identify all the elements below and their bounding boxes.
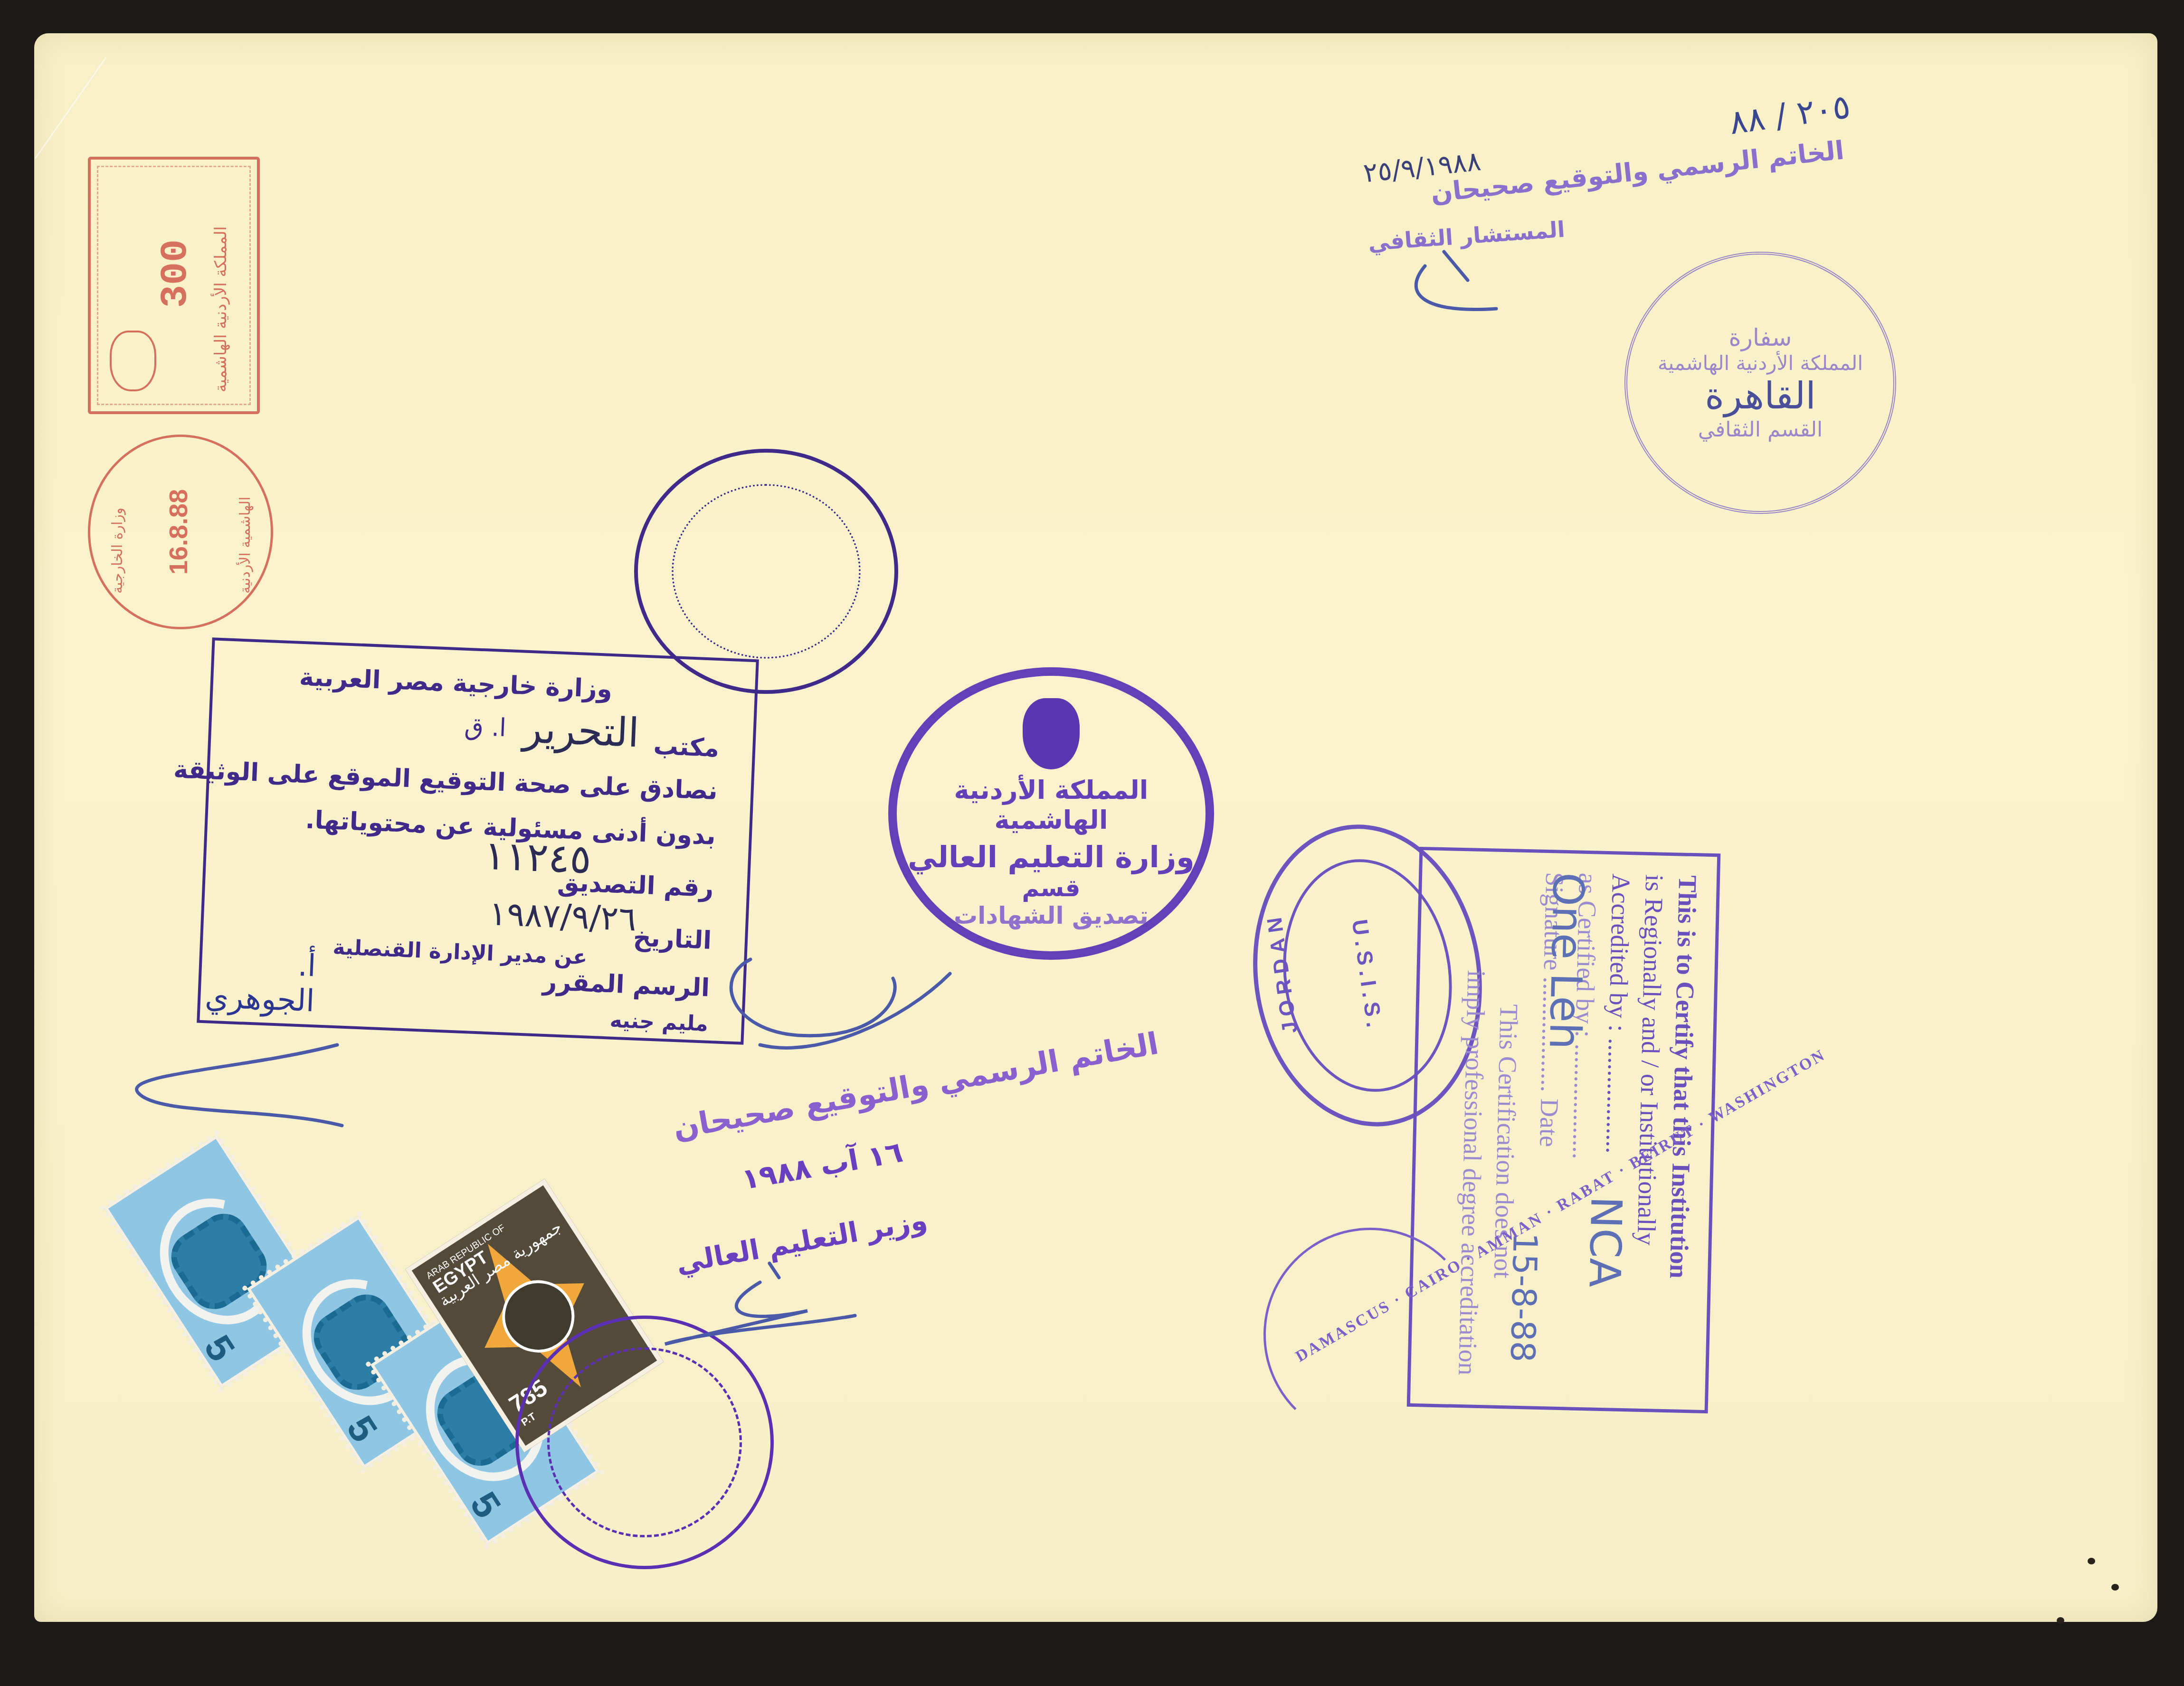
- seal-department: تصديق الشهادات: [954, 902, 1149, 929]
- cancellation-seal: [515, 1316, 774, 1569]
- jordan-ministry-higher-education-seal: المملكة الأردنية الهاشمية وزارة التعليم …: [888, 667, 1214, 960]
- seal-inner-ring: [672, 484, 861, 659]
- crest-icon: [110, 331, 156, 391]
- mfa-signatory: عن مدير الإدارة القنصلية: [332, 935, 588, 969]
- seal-ministry: وزارة التعليم العالي: [908, 840, 1195, 874]
- mfa-title: وزارة خارجية مصر العربية: [299, 663, 613, 704]
- postage-meter-stamp: 300 المملكة الأردنية الهاشمية: [88, 157, 260, 414]
- mfa-certify-text: نصادق على صحة التوقيع الموقع على الوثيقة: [173, 755, 718, 805]
- mfa-office-hand: التحرير: [522, 705, 640, 757]
- seal-embassy-city-hand: القاهرة: [1705, 375, 1816, 417]
- egypt-mfa-legalization-box: وزارة خارجية مصر العربية مكتب التحرير ا.…: [197, 637, 759, 1045]
- seal-section: قسم: [1022, 874, 1081, 902]
- jordan-crest-icon: [1023, 698, 1080, 769]
- punch-hole: [2057, 1617, 2064, 1624]
- cert-hand-accredited-by: NCA: [1579, 1196, 1631, 1288]
- punch-hole: [2088, 1558, 2095, 1564]
- punch-hole: [2111, 1584, 2119, 1591]
- cert-hand-certified-by: One Leh: [1539, 872, 1593, 1050]
- mfa-code: ا. ق: [464, 712, 507, 742]
- postmark: 16.8.88 وزارة الخارجية الهاشمية الأردنية: [88, 435, 273, 629]
- stamp-value: 5: [338, 1408, 386, 1449]
- postmark-date: 16.8.88: [164, 489, 197, 575]
- seal-kingdom: المملكة الأردنية الهاشمية: [897, 775, 1206, 835]
- seal-inner-ring: [547, 1347, 742, 1537]
- meter-country-text: المملكة الأردنية الهاشمية: [211, 174, 245, 392]
- mfa-date-value: ١٩٨٧/٩/٢٦: [488, 894, 637, 938]
- seal-embassy-kingdom: المملكة الأردنية الهاشمية: [1658, 351, 1863, 375]
- mfa-date-label: التاريخ: [633, 923, 712, 955]
- mfa-office: مكتب: [653, 732, 720, 763]
- postmark-arc-right: الهاشمية الأردنية: [237, 470, 254, 594]
- paper-crease: [35, 57, 107, 159]
- mfa-signature-name: أ. الجوهري: [200, 944, 317, 1019]
- postmark-arc-left: وزارة الخارجية: [109, 470, 126, 594]
- seal-embassy-word: سفارة: [1729, 324, 1792, 351]
- meter-value: 300: [138, 217, 214, 331]
- seal-embassy-section: القسم الثقافي: [1698, 417, 1823, 442]
- globe-icon: [1263, 1228, 1477, 1441]
- usis-center: U.S.I.S.: [1347, 918, 1388, 1033]
- stamp-value: 5: [195, 1327, 243, 1369]
- stamp-value: 5: [461, 1484, 509, 1525]
- mfa-fee-units: مليم جنيه: [609, 1008, 709, 1036]
- amideast-seal: DAMASCUS · CAIRO · AMMAN · RABAT · BEIRU…: [1228, 1187, 1513, 1482]
- mfa-fee-label: الرسم المقرر: [542, 967, 710, 1003]
- mfa-number-value: ١١٢٤٥: [483, 832, 592, 883]
- jordan-embassy-cairo-seal: سفارة المملكة الأردنية الهاشمية القاهرة …: [1624, 252, 1896, 514]
